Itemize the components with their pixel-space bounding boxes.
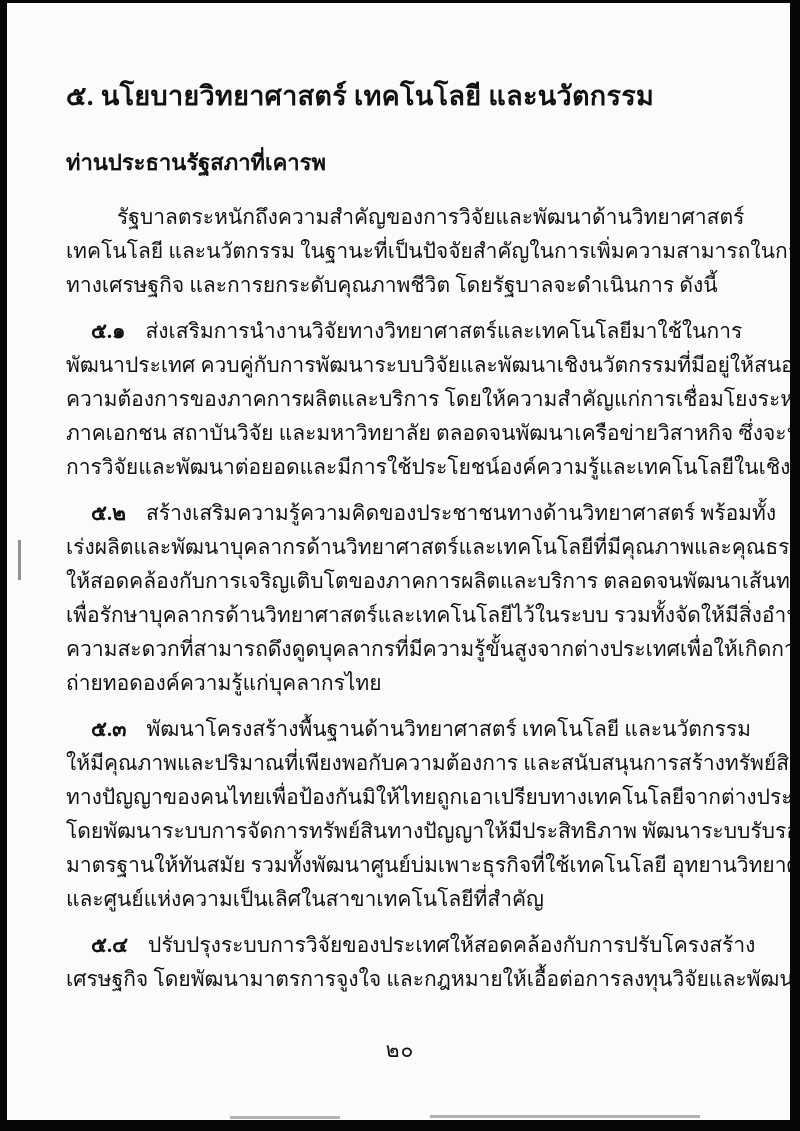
paragraph: ๕.๔ปรับปรุงระบบการวิจัยของประเทศให้สอดคล… [66, 928, 754, 996]
text-line: ๕.๑ส่งเสริมการนำงานวิจัยทางวิทยาศาสตร์แล… [66, 314, 754, 348]
scan-artifact [430, 1115, 700, 1118]
scan-edge-left [0, 0, 7, 1131]
text-line: เทคโนโลยี และนวัตกรรม ในฐานะที่เป็นปัจจั… [66, 234, 754, 268]
text-line: ความต้องการของภาคการผลิตและบริการ โดยให้… [66, 382, 754, 416]
text-line: เพื่อรักษาบุคลากรด้านวิทยาศาสตร์และเทคโน… [66, 598, 754, 632]
clause-number: ๕.๒ [91, 496, 126, 530]
text-line: ภาคเอกชน สถาบันวิจัย และมหาวิทยาลัย ตลอด… [66, 416, 754, 450]
clause-text: ปรับปรุงระบบการวิจัยของประเทศให้สอดคล้อง… [148, 933, 755, 957]
policy-paragraphs: รัฐบาลตระหนักถึงความสำคัญของการวิจัยและพ… [66, 200, 754, 996]
paragraph: ๕.๓พัฒนาโครงสร้างพื้นฐานด้านวิทยาศาสตร์ … [66, 712, 754, 916]
text-line: รัฐบาลตระหนักถึงความสำคัญของการวิจัยและพ… [66, 200, 754, 234]
clause-text: พัฒนาโครงสร้างพื้นฐานด้านวิทยาศาสตร์ เทค… [147, 717, 752, 741]
text-line: การวิจัยและพัฒนาต่อยอดและมีการใช้ประโยชน… [66, 450, 754, 484]
text-line: เศรษฐกิจ โดยพัฒนามาตรการจูงใจ และกฎหมายใ… [66, 962, 754, 996]
scan-artifact [18, 540, 21, 580]
paragraph: รัฐบาลตระหนักถึงความสำคัญของการวิจัยและพ… [66, 200, 754, 302]
text-line: ความสะดวกที่สามารถดึงดูดบุคลากรที่มีความ… [66, 632, 754, 666]
text-line: ให้มีคุณภาพและปริมาณที่เพียงพอกับความต้อ… [66, 746, 754, 780]
page-number: ๒๐ [0, 1034, 800, 1067]
scan-artifact [230, 1116, 340, 1119]
text-line: ถ่ายทอดองค์ความรู้แก่บุคลากรไทย [66, 666, 754, 700]
text-line: พัฒนาประเทศ ควบคู่กับการพัฒนาระบบวิจัยแล… [66, 348, 754, 382]
text-line: ทางเศรษฐกิจ และการยกระดับคุณภาพชีวิต โดย… [66, 268, 754, 302]
paragraph: ๕.๒สร้างเสริมความรู้ความคิดของประชาชนทาง… [66, 496, 754, 700]
text-line: ๕.๓พัฒนาโครงสร้างพื้นฐานด้านวิทยาศาสตร์ … [66, 712, 754, 746]
scan-edge-bottom [0, 1120, 800, 1131]
paragraph: ๕.๑ส่งเสริมการนำงานวิจัยทางวิทยาศาสตร์แล… [66, 314, 754, 484]
text-line: ๕.๒สร้างเสริมความรู้ความคิดของประชาชนทาง… [66, 496, 754, 530]
scanned-page: ๕. นโยบายวิทยาศาสตร์ เทคโนโลยี และนวัตกร… [0, 0, 800, 1131]
text-line: โดยพัฒนาระบบการจัดการทรัพย์สินทางปัญญาให… [66, 814, 754, 848]
clause-text: สร้างเสริมความรู้ความคิดของประชาชนทางด้า… [146, 501, 776, 525]
text-line: ทางปัญญาของคนไทยเพื่อป้องกันมิให้ไทยถูกเ… [66, 780, 754, 814]
document-page: ๕. นโยบายวิทยาศาสตร์ เทคโนโลยี และนวัตกร… [0, 0, 800, 1131]
clause-number: ๕.๓ [91, 712, 127, 746]
text-line: ให้สอดคล้องกับการเจริญเติบโตของภาคการผลิ… [66, 564, 754, 598]
text-line: เร่งผลิตและพัฒนาบุคลากรด้านวิทยาศาสตร์แล… [66, 530, 754, 564]
text-line: และศูนย์แห่งความเป็นเลิศในสาขาเทคโนโลยีท… [66, 882, 754, 916]
text-line: ๕.๔ปรับปรุงระบบการวิจัยของประเทศให้สอดคล… [66, 928, 754, 962]
scan-edge-right [790, 0, 800, 1131]
clause-number: ๕.๑ [91, 314, 125, 348]
text-line: มาตรฐานให้ทันสมัย รวมทั้งพัฒนาศูนย์บ่มเพ… [66, 848, 754, 882]
scan-edge-top [0, 0, 800, 3]
section-heading: ๕. นโยบายวิทยาศาสตร์ เทคโนโลยี และนวัตกร… [66, 78, 754, 114]
clause-text: ส่งเสริมการนำงานวิจัยทางวิทยาศาสตร์และเท… [145, 319, 742, 343]
salutation: ท่านประธานรัฐสภาที่เคารพ [66, 148, 754, 178]
clause-number: ๕.๔ [91, 928, 128, 962]
